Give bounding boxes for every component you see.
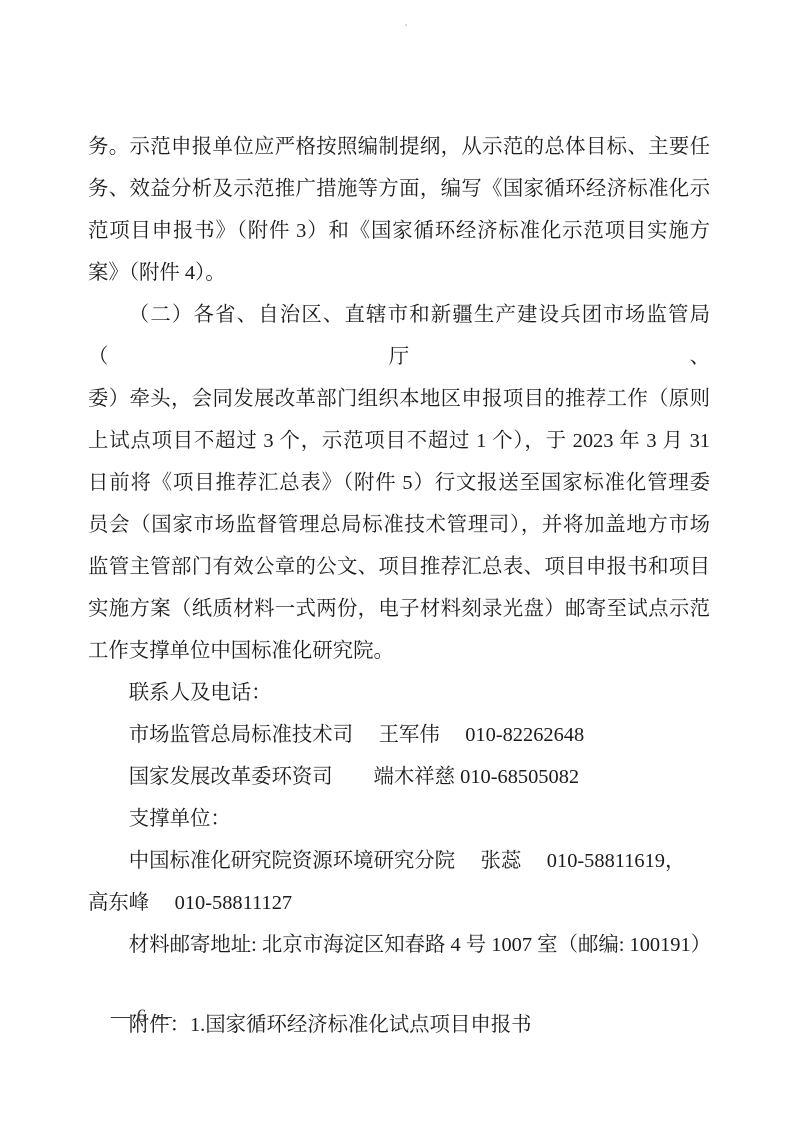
text-line: 工作支撑单位中国标准化研究院。 [88, 630, 710, 672]
paragraph: （二）各省、自治区、直辖市和新疆生产建设兵团市场监管局（厅、 委）牵头，会同发展… [88, 294, 710, 672]
support-unit-heading: 支撑单位： [88, 798, 710, 840]
paragraph: 联系人及电话： [88, 672, 710, 714]
mailing-address-line: 材料邮寄地址: 北京市海淀区知春路 4 号 1007 室（邮编: 100191） [88, 924, 710, 966]
text-line: 日前将《项目推荐汇总表》（附件 5）行文报送至国家标准化管理委 [88, 462, 710, 504]
contact-line-ndrc: 国家发展改革委环资司 端木祥慈 010-68505082 [88, 756, 710, 798]
paragraph: 附件：1.国家循环经济标准化试点项目申报书 [88, 1004, 710, 1046]
paragraph: 支撑单位： [88, 798, 710, 840]
paragraph: 中国标准化研究院资源环境研究分院 张蕊 010-58811619， 高东峰 01… [88, 840, 710, 924]
paragraph: 务。示范申报单位应严格按照编制提纲，从示范的总体目标、主要任 务、效益分析及示范… [88, 126, 710, 294]
paragraph: 国家发展改革委环资司 端木祥慈 010-68505082 [88, 756, 710, 798]
contact-line-cnis-wrap: 高东峰 010-58811127 [88, 882, 710, 924]
contact-line-samr: 市场监管总局标准技术司 王军伟 010-82262648 [88, 714, 710, 756]
text-line: 务。示范申报单位应严格按照编制提纲，从示范的总体目标、主要任 [88, 126, 710, 168]
attachment-line: 附件：1.国家循环经济标准化试点项目申报书 [88, 1004, 710, 1046]
contacts-heading: 联系人及电话： [88, 672, 710, 714]
scan-artifact-dot [405, 24, 407, 26]
contact-line-cnis: 中国标准化研究院资源环境研究分院 张蕊 010-58811619， [88, 840, 710, 882]
document-page: 务。示范申报单位应严格按照编制提纲，从示范的总体目标、主要任 务、效益分析及示范… [0, 0, 794, 1123]
text-line: 范项目申报书》（附件 3）和《国家循环经济标准化示范项目实施方 [88, 210, 710, 252]
paragraph: 材料邮寄地址: 北京市海淀区知春路 4 号 1007 室（邮编: 100191） [88, 924, 710, 966]
paragraph: 市场监管总局标准技术司 王军伟 010-82262648 [88, 714, 710, 756]
text-line: （二）各省、自治区、直辖市和新疆生产建设兵团市场监管局（厅、 [88, 294, 710, 378]
text-line: 务、效益分析及示范推广措施等方面，编写《国家循环经济标准化示 [88, 168, 710, 210]
text-line: 监管主管部门有效公章的公文、项目推荐汇总表、项目申报书和项目 [88, 546, 710, 588]
text-line: 上试点项目不超过 3 个，示范项目不超过 1 个），于 2023 年 3 月 3… [88, 420, 710, 462]
document-body: 务。示范申报单位应严格按照编制提纲，从示范的总体目标、主要任 务、效益分析及示范… [88, 126, 710, 1046]
text-line: 委）牵头，会同发展改革部门组织本地区申报项目的推荐工作（原则 [88, 378, 710, 420]
page-number: — 6 — [111, 1003, 173, 1031]
text-line: 实施方案（纸质材料一式两份，电子材料刻录光盘）邮寄至试点示范 [88, 588, 710, 630]
text-line: 员会（国家市场监督管理总局标准技术管理司），并将加盖地方市场 [88, 504, 710, 546]
text-line: 案》（附件 4）。 [88, 252, 710, 294]
